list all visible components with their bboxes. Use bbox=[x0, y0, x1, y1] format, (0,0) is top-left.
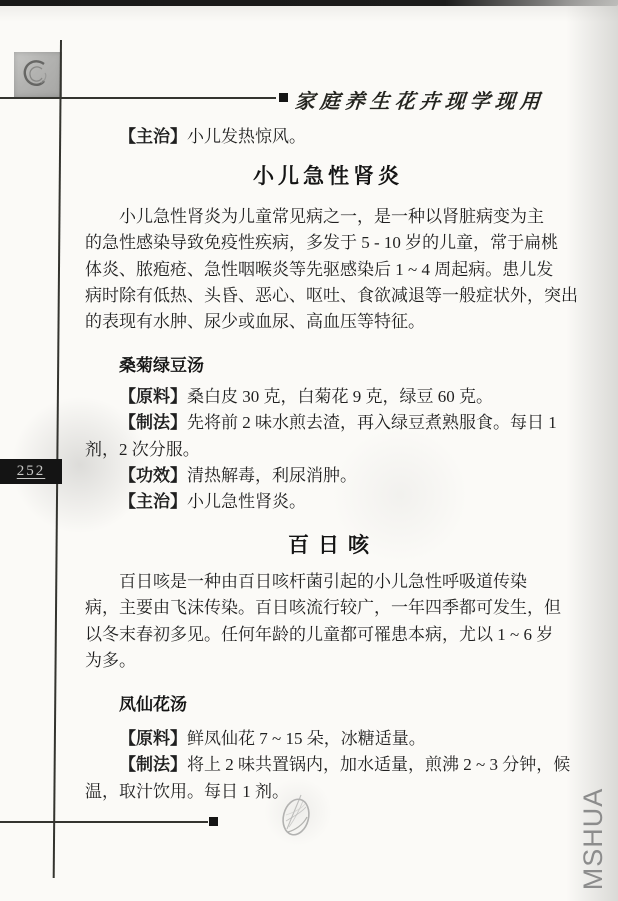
shell-stamp-icon bbox=[14, 52, 62, 97]
shell-sketch-icon bbox=[277, 787, 315, 846]
header-rule bbox=[0, 97, 276, 99]
body-line: 为多。 bbox=[85, 648, 571, 674]
recipe-line: 剂，2 次分服。 bbox=[85, 437, 571, 463]
footer-bullet-square bbox=[209, 817, 218, 826]
shell-sketch-drawing bbox=[277, 787, 315, 841]
page-content: 家庭养生花卉现学现用 【主治】小儿发热惊风。 小儿急性肾炎 小儿急性肾炎为儿童常… bbox=[0, 0, 618, 901]
body-line: 百日咳是一种由百日咳杆菌引起的小儿急性呼吸道传染 bbox=[85, 569, 571, 595]
body-line: 以冬末春初多见。任何年龄的儿童都可罹患本病，尤以 1 ~ 6 岁 bbox=[85, 622, 571, 648]
recipe-line: 【制法】先将前 2 味水煎去渣，再入绿豆煮熟服食。每日 1 bbox=[85, 410, 571, 436]
page-number: 252 bbox=[17, 463, 46, 480]
running-head-book-title: 家庭养生花卉现学现用 bbox=[294, 85, 546, 114]
recipe-name-fengxianhua-tang: 凤仙花汤 bbox=[119, 690, 187, 715]
lead-line: 【主治】小儿发热惊风。 bbox=[85, 124, 571, 150]
section2-recipe: 【原料】鲜凤仙花 7 ~ 15 朵，冰糖适量。 【制法】将上 2 味共置锅内，加… bbox=[85, 726, 571, 805]
recipe-line: 温，取汁饮用。每日 1 剂。 bbox=[85, 779, 571, 805]
recipe-line: 【原料】鲜凤仙花 7 ~ 15 朵，冰糖适量。 bbox=[85, 726, 571, 752]
page-number-badge: 252 bbox=[0, 459, 62, 484]
recipe-line: 【功效】清热解毒，利尿消肿。 bbox=[85, 463, 571, 489]
section-title-whooping-cough: 百日咳 bbox=[85, 529, 572, 559]
recipe-line: 【主治】小儿急性肾炎。 bbox=[85, 489, 571, 515]
section1-recipe: 【原料】桑白皮 30 克，白菊花 9 克，绿豆 60 克。 【制法】先将前 2 … bbox=[85, 384, 571, 515]
body-line: 病，主要由飞沫传染。百日咳流行较广，一年四季都可发生，但 bbox=[85, 595, 571, 621]
recipe-line: 【原料】桑白皮 30 克，白菊花 9 克，绿豆 60 克。 bbox=[85, 384, 571, 410]
side-watermark-text: MSHUA bbox=[578, 786, 608, 892]
header-bullet-square bbox=[279, 93, 288, 102]
lead-paragraph: 【主治】小儿发热惊风。 bbox=[85, 124, 571, 150]
section-title-acute-nephritis: 小儿急性肾炎 bbox=[85, 160, 567, 190]
body-line: 的表现有水肿、尿少或血尿、高血压等特征。 bbox=[85, 309, 571, 335]
recipe-name-sangju-lvdou-tang: 桑菊绿豆汤 bbox=[119, 351, 204, 376]
scanned-book-page: 家庭养生花卉现学现用 【主治】小儿发热惊风。 小儿急性肾炎 小儿急性肾炎为儿童常… bbox=[0, 0, 618, 901]
body-line: 体炎、脓疱疮、急性咽喉炎等先驱感染后 1 ~ 4 周起病。患儿发 bbox=[85, 257, 571, 283]
body-line: 小儿急性肾炎为儿童常见病之一，是一种以肾脏病变为主 bbox=[85, 204, 571, 230]
section1-intro: 小儿急性肾炎为儿童常见病之一，是一种以肾脏病变为主 的急性感染导致免疫性疾病，多… bbox=[85, 204, 571, 335]
shell-stamp-drawing bbox=[14, 52, 62, 97]
section2-intro: 百日咳是一种由百日咳杆菌引起的小儿急性呼吸道传染 病，主要由飞沫传染。百日咳流行… bbox=[85, 569, 571, 674]
scan-edge-bar bbox=[0, 0, 618, 6]
body-line: 的急性感染导致免疫性疾病，多发于 5 - 10 岁的儿童，常于扁桃 bbox=[85, 230, 571, 256]
footer-rule bbox=[0, 821, 208, 823]
body-line: 病时除有低热、头昏、恶心、呕吐、食欲减退等一般症状外，突出 bbox=[85, 283, 571, 309]
recipe-line: 【制法】将上 2 味共置锅内，加水适量，煎沸 2 ~ 3 分钟，候 bbox=[85, 752, 571, 778]
